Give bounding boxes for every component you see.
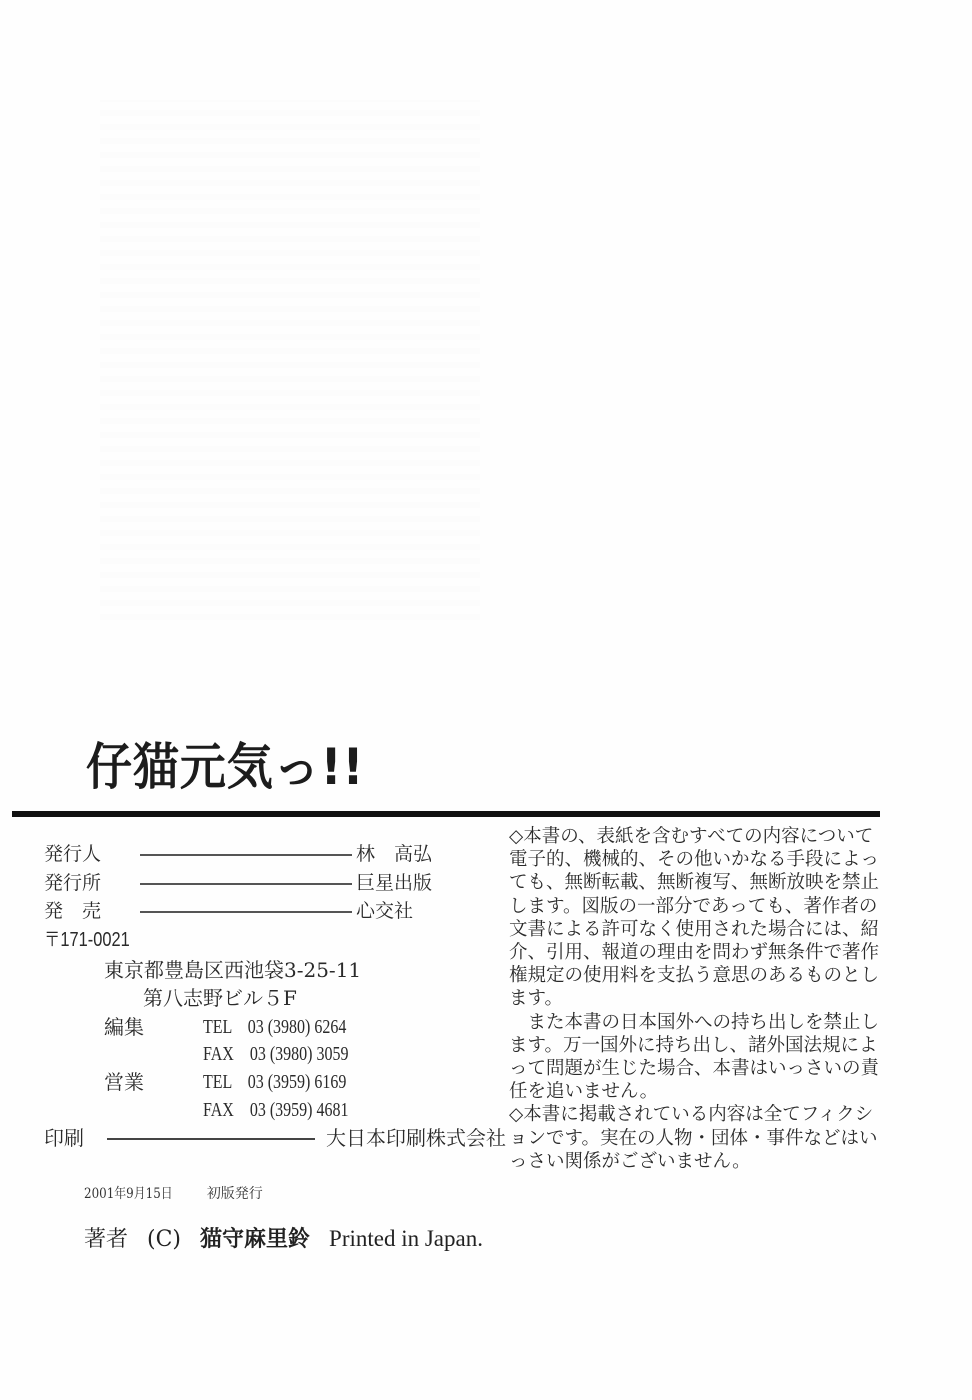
printer-row: 印刷 大日本印刷株式会社 bbox=[44, 1125, 504, 1151]
leader-line bbox=[140, 854, 352, 856]
notice-paragraph: また本書の日本国外への持ち出しを禁止します。万一国外に持ち出し、諸外国法規によっ… bbox=[509, 1011, 879, 1104]
edition-label: 初版発行 bbox=[207, 1186, 263, 1202]
postal-code: 〒171-0021 bbox=[44, 927, 130, 953]
colophon-page: 仔猫元気っ!! 発行人 林 高弘 発行所 巨星出版 発 売 心交社 〒171-0… bbox=[0, 0, 972, 1400]
leader-line bbox=[140, 911, 352, 913]
printer-value: 大日本印刷株式会社 bbox=[326, 1125, 506, 1151]
notice-paragraph: ◇本書に掲載されている内容は全てフィクションです。実在の人物・団体・事件などはい… bbox=[509, 1103, 879, 1173]
edition-info: 2001年9月15日 初版発行 bbox=[84, 1184, 263, 1204]
credit-value: 林 高弘 bbox=[356, 842, 432, 866]
leader-line bbox=[107, 1138, 315, 1140]
contact-number: TEL 03 (3980) 6264 bbox=[203, 1014, 346, 1040]
address-line-2: 第八志野ビル５F bbox=[143, 985, 297, 1011]
printer-label: 印刷 bbox=[44, 1125, 84, 1151]
credit-value: 心交社 bbox=[356, 899, 413, 923]
credit-label: 発行人 bbox=[44, 842, 119, 866]
show-through-ghost bbox=[100, 100, 480, 620]
author-label: 著者 bbox=[84, 1227, 128, 1252]
contact-number: FAX 03 (3959) 4681 bbox=[203, 1097, 348, 1123]
contact-number: FAX 03 (3980) 3059 bbox=[203, 1041, 348, 1067]
department-editorial: 編集 bbox=[104, 1014, 144, 1040]
credit-label: 発 売 bbox=[44, 899, 119, 923]
book-title: 仔猫元気っ!! bbox=[86, 737, 364, 797]
notice-paragraph: ◇本書の、表紙を含むすべての内容について電子的、機械的、その他いかなる手段によっ… bbox=[509, 825, 879, 1011]
printed-in-japan: Printed in Japan. bbox=[329, 1226, 483, 1251]
credit-value: 巨星出版 bbox=[356, 871, 432, 895]
credit-label: 発行所 bbox=[44, 871, 119, 895]
contact-number: TEL 03 (3959) 6169 bbox=[203, 1069, 346, 1095]
copyright-mark: (C) bbox=[147, 1227, 181, 1252]
title-rule bbox=[12, 811, 880, 817]
department-sales: 営業 bbox=[104, 1069, 144, 1095]
author-name: 猫守麻里鈴 bbox=[200, 1226, 310, 1252]
leader-line bbox=[140, 883, 352, 885]
author-line: 著者 (C) 猫守麻里鈴 Printed in Japan. bbox=[84, 1224, 483, 1255]
copyright-notice: ◇本書の、表紙を含むすべての内容について電子的、機械的、その他いかなる手段によっ… bbox=[509, 825, 879, 1173]
edition-date: 2001年9月15日 bbox=[84, 1184, 173, 1204]
address-line-1: 東京都豊島区西池袋3-25-11 bbox=[104, 957, 361, 983]
